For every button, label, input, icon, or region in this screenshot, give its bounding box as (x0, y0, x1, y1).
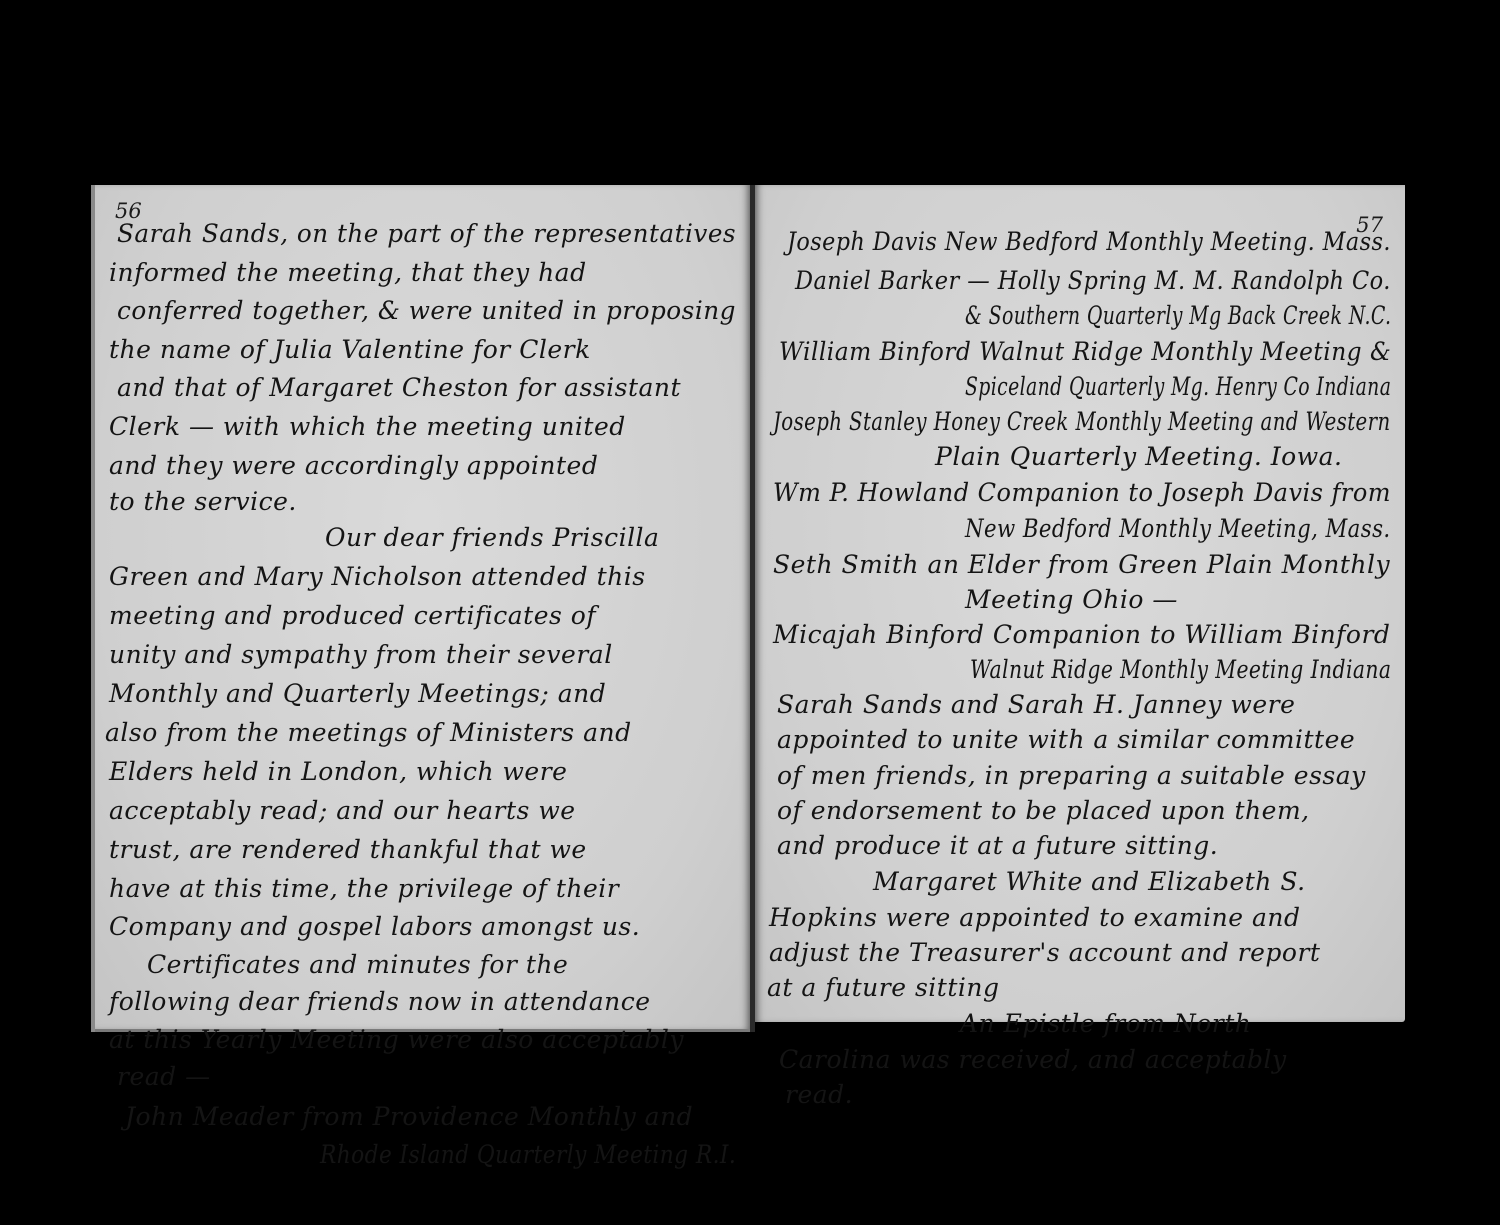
handwritten-line: unity and sympathy from their several (109, 640, 613, 669)
handwritten-line: at this Yearly Meeting were also accepta… (109, 1025, 684, 1054)
handwritten-line: Joseph Stanley Honey Creek Monthly Meeti… (773, 407, 1391, 436)
handwritten-line: Spiceland Quarterly Mg. Henry Co Indiana (965, 372, 1391, 401)
handwritten-line: Company and gospel labors amongst us. (109, 912, 640, 941)
handwritten-line: following dear friends now in attendance (109, 987, 651, 1016)
handwritten-line: Wm P. Howland Companion to Joseph Davis … (773, 478, 1391, 507)
handwritten-line: and produce it at a future sitting. (777, 831, 1218, 860)
left-page-text: Sarah Sands, on the part of the represen… (95, 185, 750, 1029)
handwritten-line: at a future sitting (767, 973, 999, 1002)
handwritten-line: Clerk — with which the meeting united (109, 412, 626, 441)
handwritten-line: conferred together, & were united in pro… (117, 296, 736, 325)
handwritten-line: Monthly and Quarterly Meetings; and (109, 679, 606, 708)
handwritten-line: adjust the Treasurer's account and repor… (769, 938, 1320, 967)
handwritten-line: informed the meeting, that they had (109, 258, 587, 287)
handwritten-line: New Bedford Monthly Meeting, Mass. (965, 514, 1391, 543)
handwritten-line: Walnut Ridge Monthly Meeting Indiana (970, 655, 1391, 684)
left-page: 56 Sarah Sands, on the part of the repre… (95, 185, 750, 1032)
handwritten-line: also from the meetings of Ministers and (105, 718, 632, 747)
handwritten-line: Sarah Sands, on the part of the represen… (117, 219, 736, 248)
handwritten-line: read — (117, 1062, 211, 1091)
handwritten-line: Meeting Ohio — (965, 585, 1178, 614)
handwritten-line: Rhode Island Quarterly Meeting R.I. (320, 1140, 736, 1169)
handwritten-line: appointed to unite with a similar commit… (777, 725, 1355, 754)
handwritten-line: Certificates and minutes for the (147, 950, 568, 979)
handwritten-line: of men friends, in preparing a suitable … (777, 761, 1366, 790)
right-page: 57 Joseph Davis New Bedford Monthly Meet… (755, 185, 1405, 1022)
handwritten-line: Margaret White and Elizabeth S. (873, 867, 1306, 896)
handwritten-line: of endorsement to be placed upon them, (777, 796, 1310, 825)
handwritten-line: and they were accordingly appointed (109, 451, 598, 480)
handwritten-line: Joseph Davis New Bedford Monthly Meeting… (787, 227, 1391, 256)
handwritten-line: Plain Quarterly Meeting. Iowa. (935, 442, 1342, 471)
handwritten-line: acceptably read; and our hearts we (109, 796, 576, 825)
handwritten-line: Hopkins were appointed to examine and (769, 903, 1301, 932)
handwritten-line: read. (785, 1080, 853, 1109)
handwritten-line: Daniel Barker — Holly Spring M. M. Rando… (795, 266, 1391, 295)
handwritten-line: Sarah Sands and Sarah H. Janney were (777, 690, 1295, 719)
handwritten-line: Seth Smith an Elder from Green Plain Mon… (773, 550, 1390, 579)
handwritten-line: have at this time, the privilege of thei… (109, 874, 619, 903)
handwritten-line: the name of Julia Valentine for Clerk (109, 335, 591, 364)
right-page-text: Joseph Davis New Bedford Monthly Meeting… (755, 185, 1405, 1022)
handwritten-line: Green and Mary Nicholson attended this (109, 562, 646, 591)
handwritten-line: & Southern Quarterly Mg Back Creek N.C. (965, 301, 1391, 330)
ledger-spread: 56 Sarah Sands, on the part of the repre… (93, 185, 1407, 1033)
handwritten-line: Micajah Binford Companion to William Bin… (773, 620, 1390, 649)
handwritten-line: Carolina was received, and acceptably (779, 1045, 1287, 1074)
handwritten-line: meeting and produced certificates of (109, 601, 596, 630)
handwritten-line: William Binford Walnut Ridge Monthly Mee… (779, 337, 1391, 366)
handwritten-line: trust, are rendered thankful that we (109, 835, 587, 864)
handwritten-line: and that of Margaret Cheston for assista… (117, 373, 681, 402)
handwritten-line: An Epistle from North (960, 1009, 1251, 1038)
handwritten-line: to the service. (109, 487, 297, 516)
handwritten-line: Our dear friends Priscilla (325, 523, 659, 552)
handwritten-line: Elders held in London, which were (109, 757, 567, 786)
handwritten-line: John Meader from Providence Monthly and (125, 1102, 693, 1131)
